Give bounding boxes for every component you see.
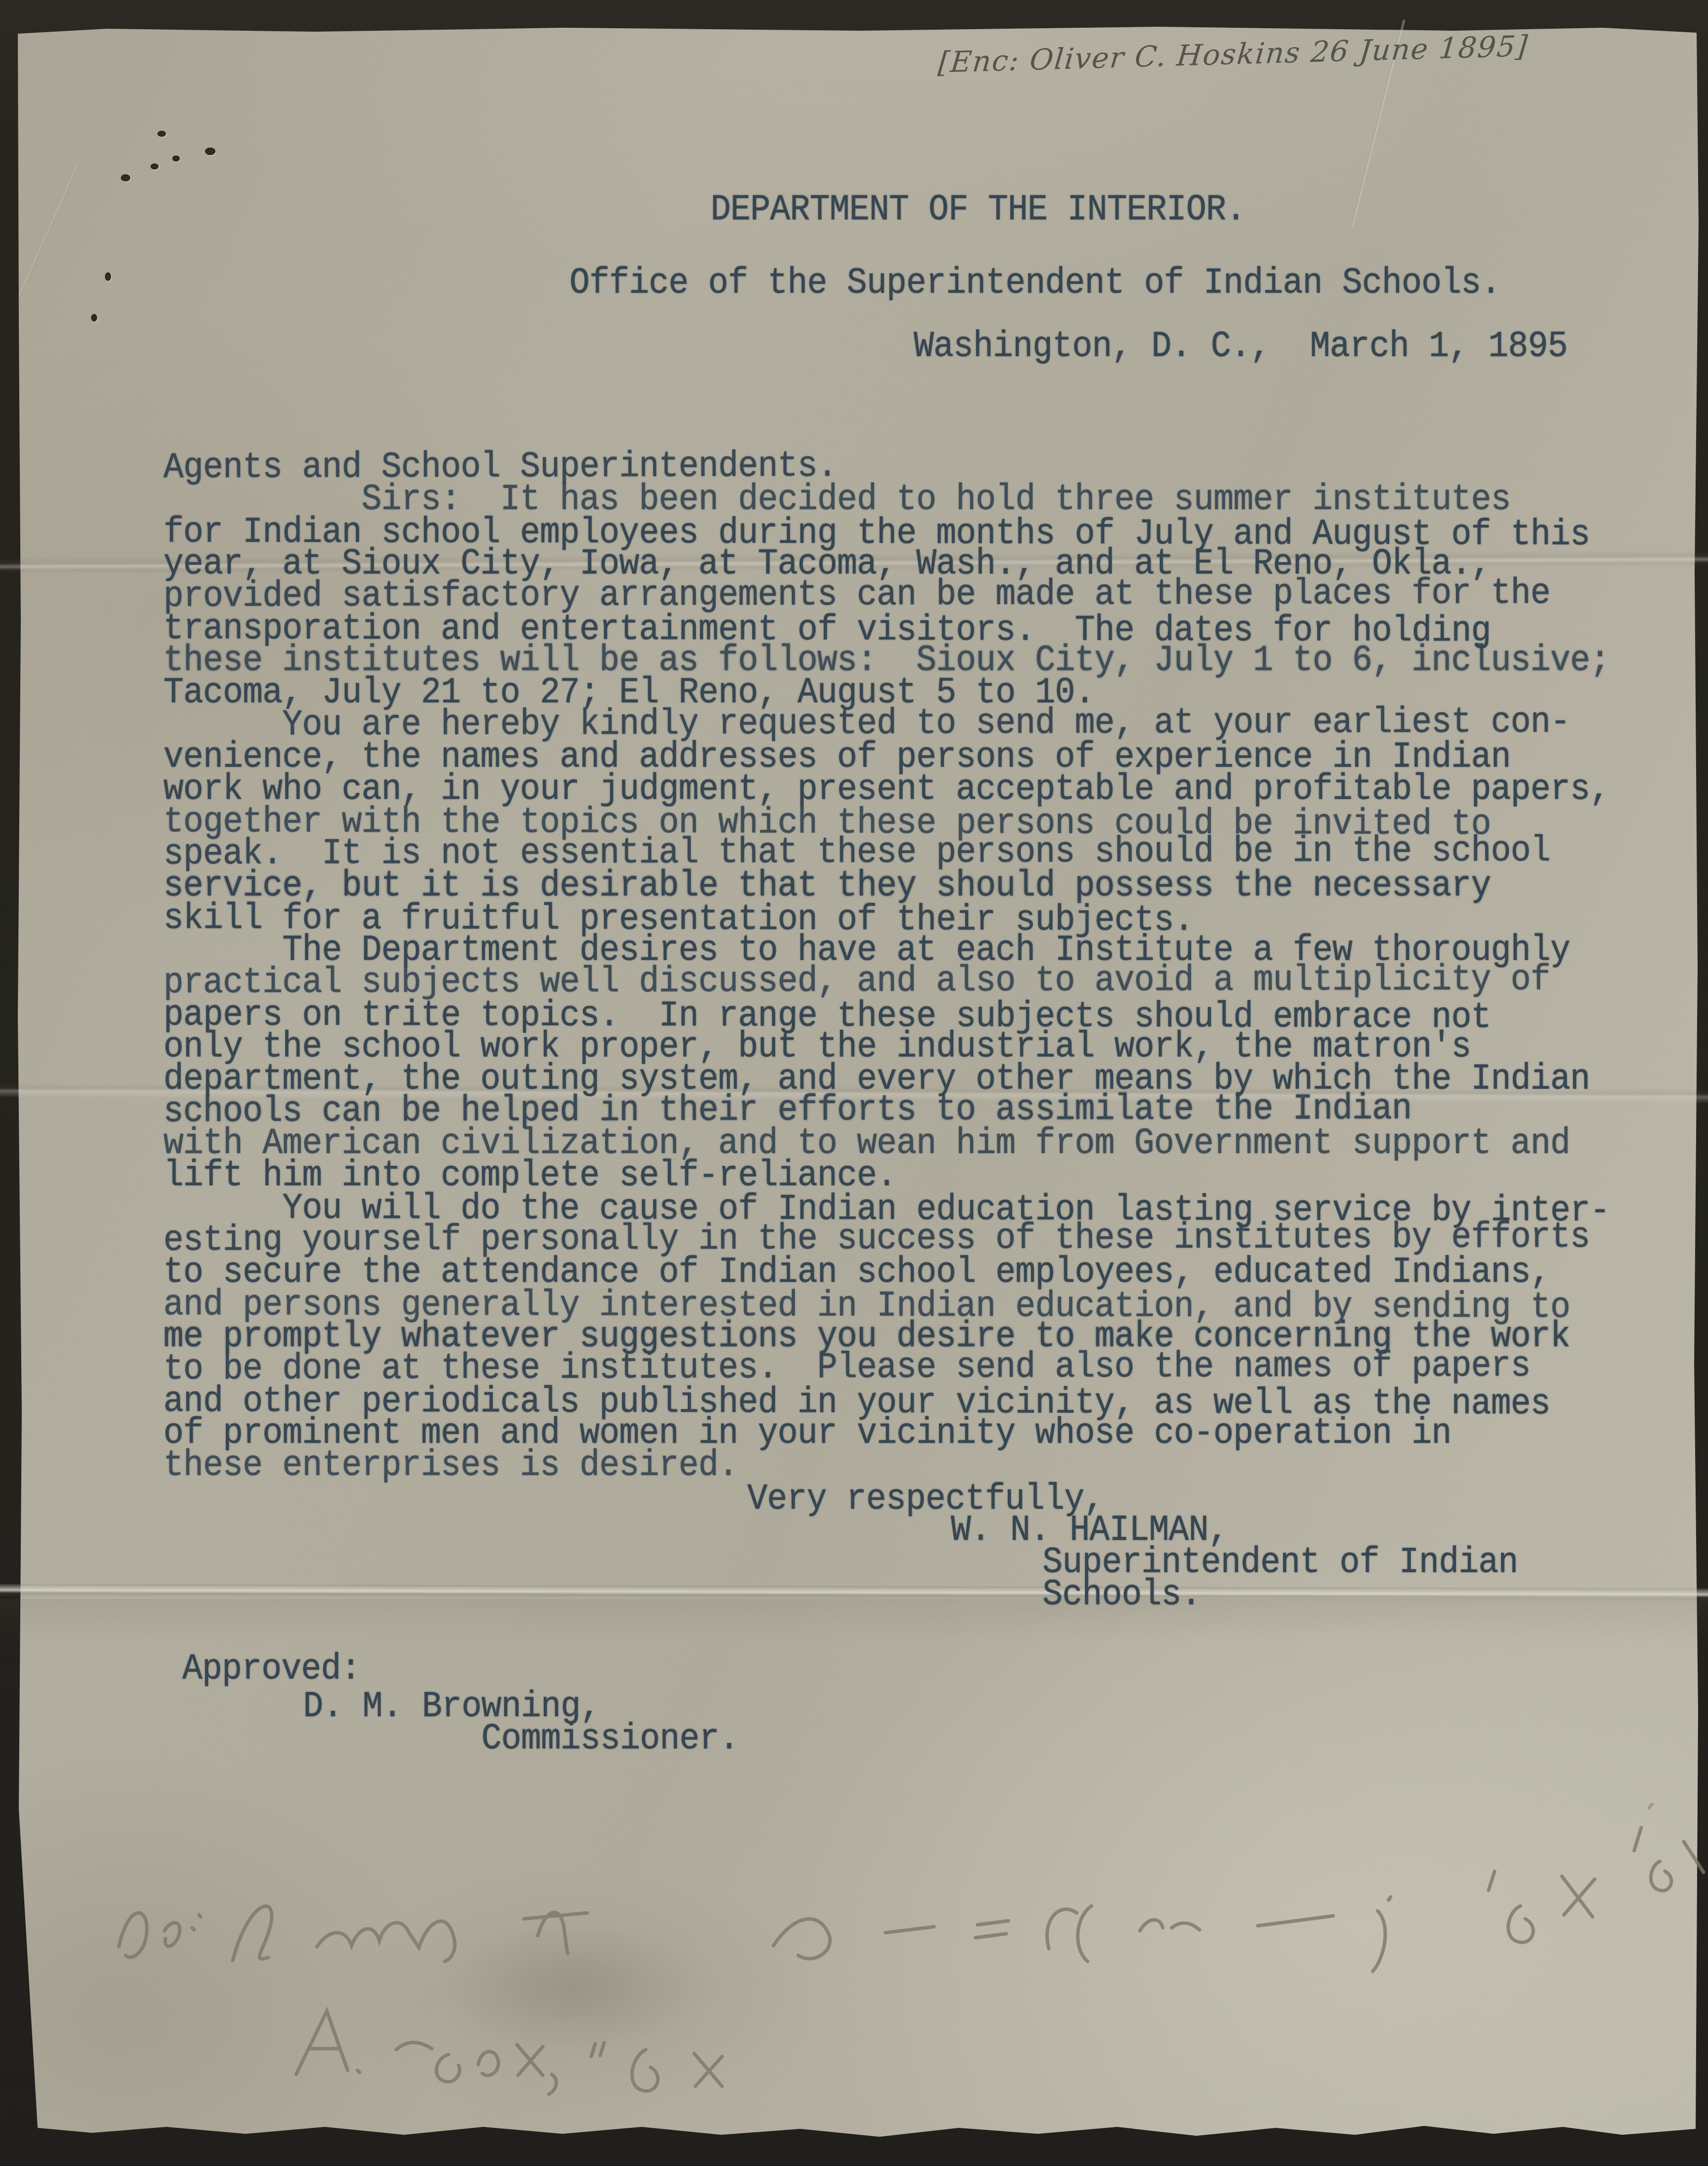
pencil-shorthand-line-1 <box>119 1803 1704 1971</box>
pinhole <box>121 174 130 181</box>
letter-body: Agents and School Superintendents. Sirs:… <box>163 452 1610 1482</box>
pinhole <box>172 156 180 161</box>
pinhole <box>157 131 166 137</box>
approval-title: Commissioner. <box>481 1722 739 1756</box>
paper-crease <box>0 164 80 360</box>
pinhole <box>91 314 97 321</box>
letterhead-office: Office of the Superintendent of Indian S… <box>569 266 1501 301</box>
pinhole <box>105 272 111 281</box>
approval-label: Approved: <box>182 1652 361 1687</box>
letter-line: these enterprises is desired. <box>163 1448 1610 1483</box>
pinhole <box>205 148 215 155</box>
letterhead-dateline: Washington, D. C., March 1, 1895 <box>914 329 1567 364</box>
pinhole <box>151 163 158 169</box>
scanned-letter-photo: [Enc: Oliver C. Hoskins 26 June 1895] DE… <box>0 0 1708 2166</box>
closing-title-line2: Schools. <box>1042 1578 1201 1612</box>
letterhead-department: DEPARTMENT OF THE INTERIOR. <box>711 193 1245 227</box>
pencil-shorthand-annotation <box>0 1803 1708 2150</box>
pencil-shorthand-line-2 <box>296 2011 722 2094</box>
